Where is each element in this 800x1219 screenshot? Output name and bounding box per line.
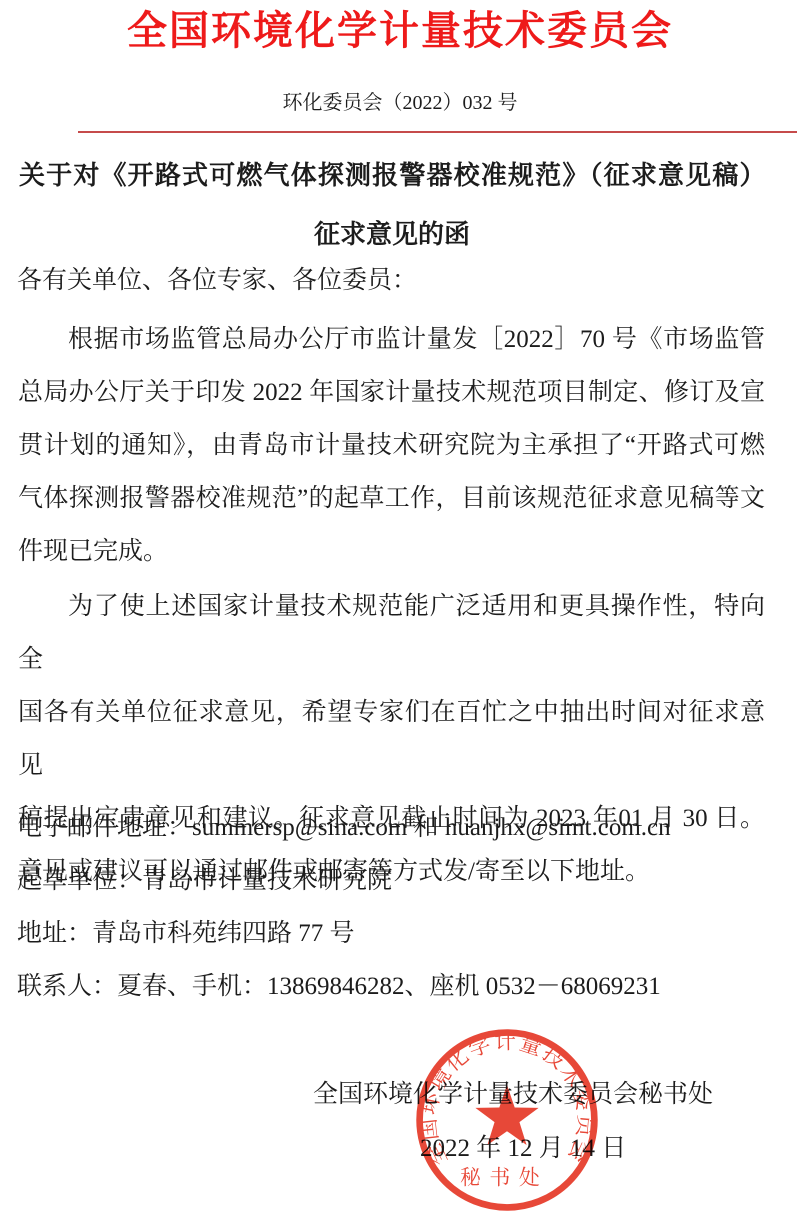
red-divider-rule <box>78 131 797 133</box>
address-label: 地址： <box>17 920 92 947</box>
org-title: 全国环境化学计量技术委员会 <box>0 6 800 56</box>
email-label: 电子邮件地址： <box>17 814 192 841</box>
seal-ring <box>420 1033 595 1208</box>
drafting-unit-value: 青岛市计量技术研究院 <box>142 867 392 894</box>
body-line: 为了使上述国家计量技术规范能广泛适用和更具操作性，特向全 <box>18 580 765 686</box>
contact-person-value: 夏春、手机：13869846282、座机 0532－68069231 <box>117 973 661 1000</box>
body-line: 国各有关单位征求意见，希望专家们在百忙之中抽出时间对征求意见 <box>18 686 765 792</box>
official-seal: 全国环境化学计量技术委员会 秘书处 <box>412 1025 602 1215</box>
date-line: 2022 年 12 月 14 日 <box>420 1134 626 1164</box>
letter-title-line2: 征求意见的函 <box>0 216 784 252</box>
address-value: 青岛市科苑纬四路 77 号 <box>92 920 355 947</box>
seal-center-text: 秘书处 <box>460 1166 548 1190</box>
letter-page: 全国环境化学计量技术委员会 环化委员会（2022）032 号 关于对《开路式可燃… <box>0 0 800 1219</box>
body-line: 根据市场监管总局办公厅市监计量发［2022］70 号《市场监管 <box>18 313 765 366</box>
contact-block: 电子邮件地址：summersp@sina.com 和 huanjhx@simt.… <box>17 801 783 1013</box>
body-line: 贯计划的通知》，由青岛市计量技术研究院为主承担了“开路式可燃 <box>18 419 765 472</box>
drafting-unit-line: 起草单位：青岛市计量技术研究院 <box>17 854 783 907</box>
email-line: 电子邮件地址：summersp@sina.com 和 huanjhx@simt.… <box>17 801 783 854</box>
address-line: 地址：青岛市科苑纬四路 77 号 <box>17 907 783 960</box>
doc-number: 环化委员会（2022）032 号 <box>0 90 800 116</box>
body-line: 件现已完成。 <box>18 525 765 578</box>
body-line: 气体探测报警器校准规范”的起草工作，目前该规范征求意见稿等文 <box>18 472 765 525</box>
drafting-unit-label: 起草单位： <box>17 867 142 894</box>
letter-title-line1: 关于对《开路式可燃气体探测报警器校准规范》（征求意见稿） <box>19 157 766 193</box>
contact-person-label: 联系人： <box>17 973 117 1000</box>
body-line: 总局办公厅关于印发 2022 年国家计量技术规范项目制定、修订及宣 <box>18 366 765 419</box>
email-value: summersp@sina.com 和 huanjhx@simt.com.cn <box>192 814 671 841</box>
paragraph-1: 根据市场监管总局办公厅市监计量发［2022］70 号《市场监管 总局办公厅关于印… <box>18 313 765 578</box>
salutation: 各有关单位、各位专家、各位委员： <box>17 264 777 298</box>
contact-person-line: 联系人：夏春、手机：13869846282、座机 0532－68069231 <box>17 960 783 1013</box>
signature-line: 全国环境化学计量技术委员会秘书处 <box>313 1080 713 1110</box>
